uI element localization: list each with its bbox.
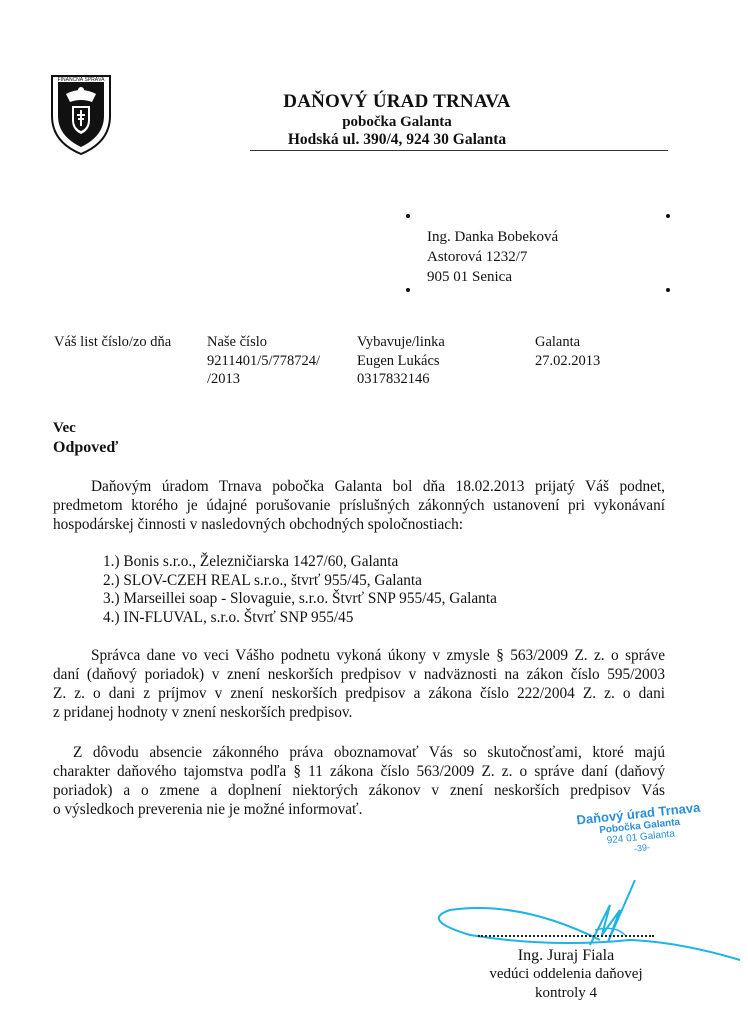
recipient-street: Astorová 1232/7 [427,247,527,267]
our-number-block: Naše číslo 9211401/5/778724/ /2013 [207,333,320,389]
paragraph-intro: Daňovým úradom Trnava pobočka Galanta bo… [53,477,665,534]
signatory-name: Ing. Juraj Fiala [468,946,664,965]
subject-value: Odpoveď [53,439,118,457]
list-item: 3.) Marseillei soap - Slovaguie, s.r.o. … [103,590,497,609]
signature-line [478,935,654,937]
our-number-label: Naše číslo [207,333,320,352]
signatory-title-line1: vedúci oddelenia daňovej [468,965,664,984]
paragraph-line: charakter daňového tajomstva podľa § 11 … [53,762,665,781]
your-letter-label: Váš list číslo/zo dňa [54,333,171,352]
paragraph-line: poriadok) a o zmene a doplnení niektorýc… [53,781,665,800]
our-number-line2: /2013 [207,370,320,389]
list-item: 2.) SLOV-CZEH REAL s.r.o., štvrť 955/45,… [103,572,497,591]
office-branch: pobočka Galanta [262,114,532,131]
handled-by-label: Vybavuje/linka [357,333,445,352]
address-window-mark [406,288,410,292]
paragraph-line: predmetom ktorého je údajné porušovanie … [53,496,665,515]
subject-label: Vec [53,420,76,437]
svg-text:FINANČNÁ SPRÁVA: FINANČNÁ SPRÁVA [58,76,106,83]
office-address: Hodská ul. 390/4, 924 30 Galanta [262,131,532,149]
header-divider [250,150,668,151]
office-title: DAŇOVÝ ÚRAD TRNAVA [262,91,532,113]
handled-by-phone: 0317832146 [357,370,445,389]
paragraph-tax-secrecy: Z dôvodu absencie zákonného práva obozna… [53,743,665,819]
recipient-name: Ing. Danka Bobeková [427,227,558,247]
paragraph-line: Z dôvodu absencie zákonného práva obozna… [53,743,665,762]
handled-by-block: Vybavuje/linka Eugen Lukács 0317832146 [357,333,445,389]
recipient-city: 905 01 Senica [427,267,512,287]
list-item: 4.) IN-FLUVAL, s.r.o. Štvrť SNP 955/45 [103,609,497,628]
our-number-line1: 9211401/5/778724/ [207,352,320,371]
paragraph-line: hospodárskej činnosti v nasledovných obc… [53,515,665,534]
letter-date: 27.02.2013 [535,352,600,371]
address-window-mark [666,214,670,218]
paragraph-procedure: Správca dane vo veci Vášho podnetu vykon… [53,646,665,722]
address-window-mark [666,288,670,292]
letter-place: Galanta [535,333,600,352]
list-item: 1.) Bonis s.r.o., Železničiarska 1427/60… [103,553,497,572]
signatory-title-line2: kontroly 4 [468,984,664,1003]
handled-by-name: Eugen Lukács [357,352,445,371]
paragraph-line: z pridanej hodnoty v znení neskorších pr… [53,703,665,722]
address-window-mark [406,214,410,218]
place-date-block: Galanta 27.02.2013 [535,333,600,370]
company-list: 1.) Bonis s.r.o., Železničiarska 1427/60… [103,553,497,627]
paragraph-line: Správca dane vo veci Vášho podnetu vykon… [53,646,665,665]
paragraph-line: Z. z. o dani z príjmov v znení neskoršíc… [53,684,665,703]
paragraph-line: Daňovým úradom Trnava pobočka Galanta bo… [53,477,665,496]
financial-administration-emblem-icon: FINANČNÁ SPRÁVA [48,72,114,156]
paragraph-line: daní (daňový poriadok) v znení neskoršíc… [53,665,665,684]
